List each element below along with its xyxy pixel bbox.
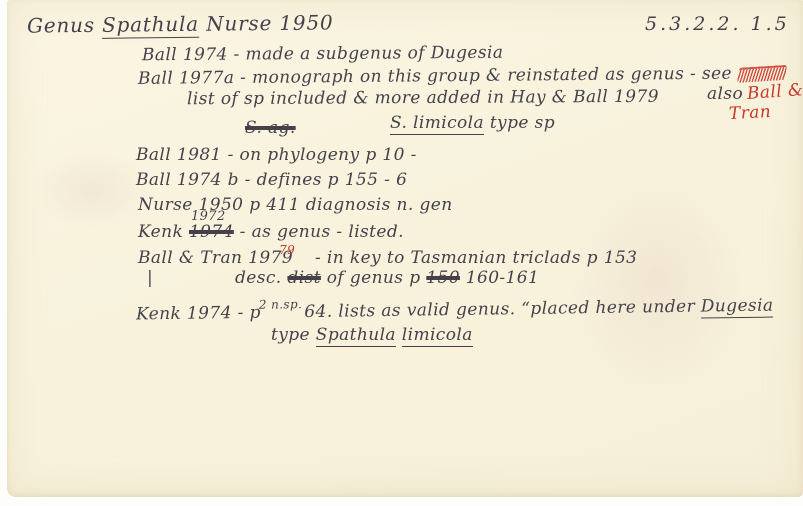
note-ball-1974: Ball 1974 - made a subgenus of Dugesia bbox=[142, 43, 503, 66]
kenk1974-quote: “placed here under bbox=[521, 297, 695, 319]
bleed-through-ghost bbox=[567, 170, 747, 390]
desc-pages: 160-161 bbox=[466, 268, 539, 288]
index-card: Genus Spathula Nurse 1950 5.3.2.2. 1.5 B… bbox=[7, 0, 803, 497]
classification-number: 5.3.2.2. 1.5 bbox=[645, 13, 790, 35]
genus-name: Spathula bbox=[102, 12, 199, 39]
desc-struck-word: dist bbox=[287, 268, 320, 288]
genus-authority: Nurse 1950 bbox=[206, 10, 334, 35]
also-label: also bbox=[707, 84, 743, 104]
kenk1974-mid: 64. lists as valid genus. bbox=[304, 299, 515, 322]
note-desc-of-genus: desc. dist of genus p 150 160-161 bbox=[235, 268, 539, 288]
note-ball-1977: Ball 1977a - monograph on this group & r… bbox=[138, 63, 786, 89]
kenk-suffix: - as genus - listed. bbox=[240, 222, 404, 242]
note-species-list: list of sp included & more added in Hay … bbox=[187, 87, 659, 109]
note-kenk-1974-valid: Kenk 1974 - p2 n.sp.64. lists as valid g… bbox=[136, 296, 774, 325]
red-year-superscript: 79 bbox=[279, 243, 295, 257]
kenk1974-superscript: 2 n.sp. bbox=[259, 297, 303, 312]
bleed-through-ghost bbox=[32, 150, 152, 230]
kenk-corrected-year: 1972 bbox=[191, 209, 226, 224]
red-reference-line1: Ball & bbox=[746, 80, 803, 104]
kenk1974-prefix: Kenk 1974 - p bbox=[136, 303, 261, 325]
desc-word: desc. bbox=[235, 268, 282, 288]
note-ball-1977-text: Ball 1977a - monograph on this group & r… bbox=[138, 64, 732, 89]
type-species-note: S. limicola type sp bbox=[390, 113, 555, 133]
note-nurse-1950: Nurse 1950 p 411 diagnosis n. gen bbox=[138, 195, 453, 215]
type-species-name: S. limicola bbox=[390, 113, 484, 135]
ditto-mark: | bbox=[147, 268, 153, 288]
desc-struck-page: 150 bbox=[426, 268, 460, 288]
note-kenk-listed: Kenk 1974 1972 - as genus - listed. bbox=[138, 222, 404, 242]
kenk-struck-year: 1974 bbox=[189, 222, 234, 242]
type-genus: Spathula bbox=[316, 325, 396, 347]
type-designation-line: type Spathula limicola bbox=[271, 325, 473, 345]
card-title: Genus Spathula Nurse 1950 bbox=[27, 10, 334, 37]
red-reference-line2: Tran bbox=[729, 102, 772, 124]
ball-tran-prefix: Ball & Tran 1979 bbox=[138, 248, 293, 268]
kenk1974-genus: Dugesia bbox=[701, 296, 774, 319]
ball-tran-suffix: - in key to Tasmanian triclads p 153 bbox=[315, 248, 637, 268]
note-ball-1974b: Ball 1974 b - defines p 155 - 6 bbox=[136, 170, 407, 190]
note-ball-1981: Ball 1981 - on phylogeny p 10 - bbox=[136, 145, 417, 165]
kenk-prefix: Kenk bbox=[138, 222, 183, 242]
type-species-suffix: type sp bbox=[490, 113, 555, 133]
note-ball-tran-1979: Ball & Tran 197979 - in key to Tasmanian… bbox=[138, 248, 637, 268]
type-label: type bbox=[271, 325, 310, 345]
struck-species-abbrev: S. ag. bbox=[245, 118, 296, 138]
type-species: limicola bbox=[402, 325, 473, 347]
genus-label: Genus bbox=[27, 13, 95, 38]
desc-mid: of genus p bbox=[327, 268, 421, 288]
red-scribbled-out-word bbox=[737, 65, 787, 83]
